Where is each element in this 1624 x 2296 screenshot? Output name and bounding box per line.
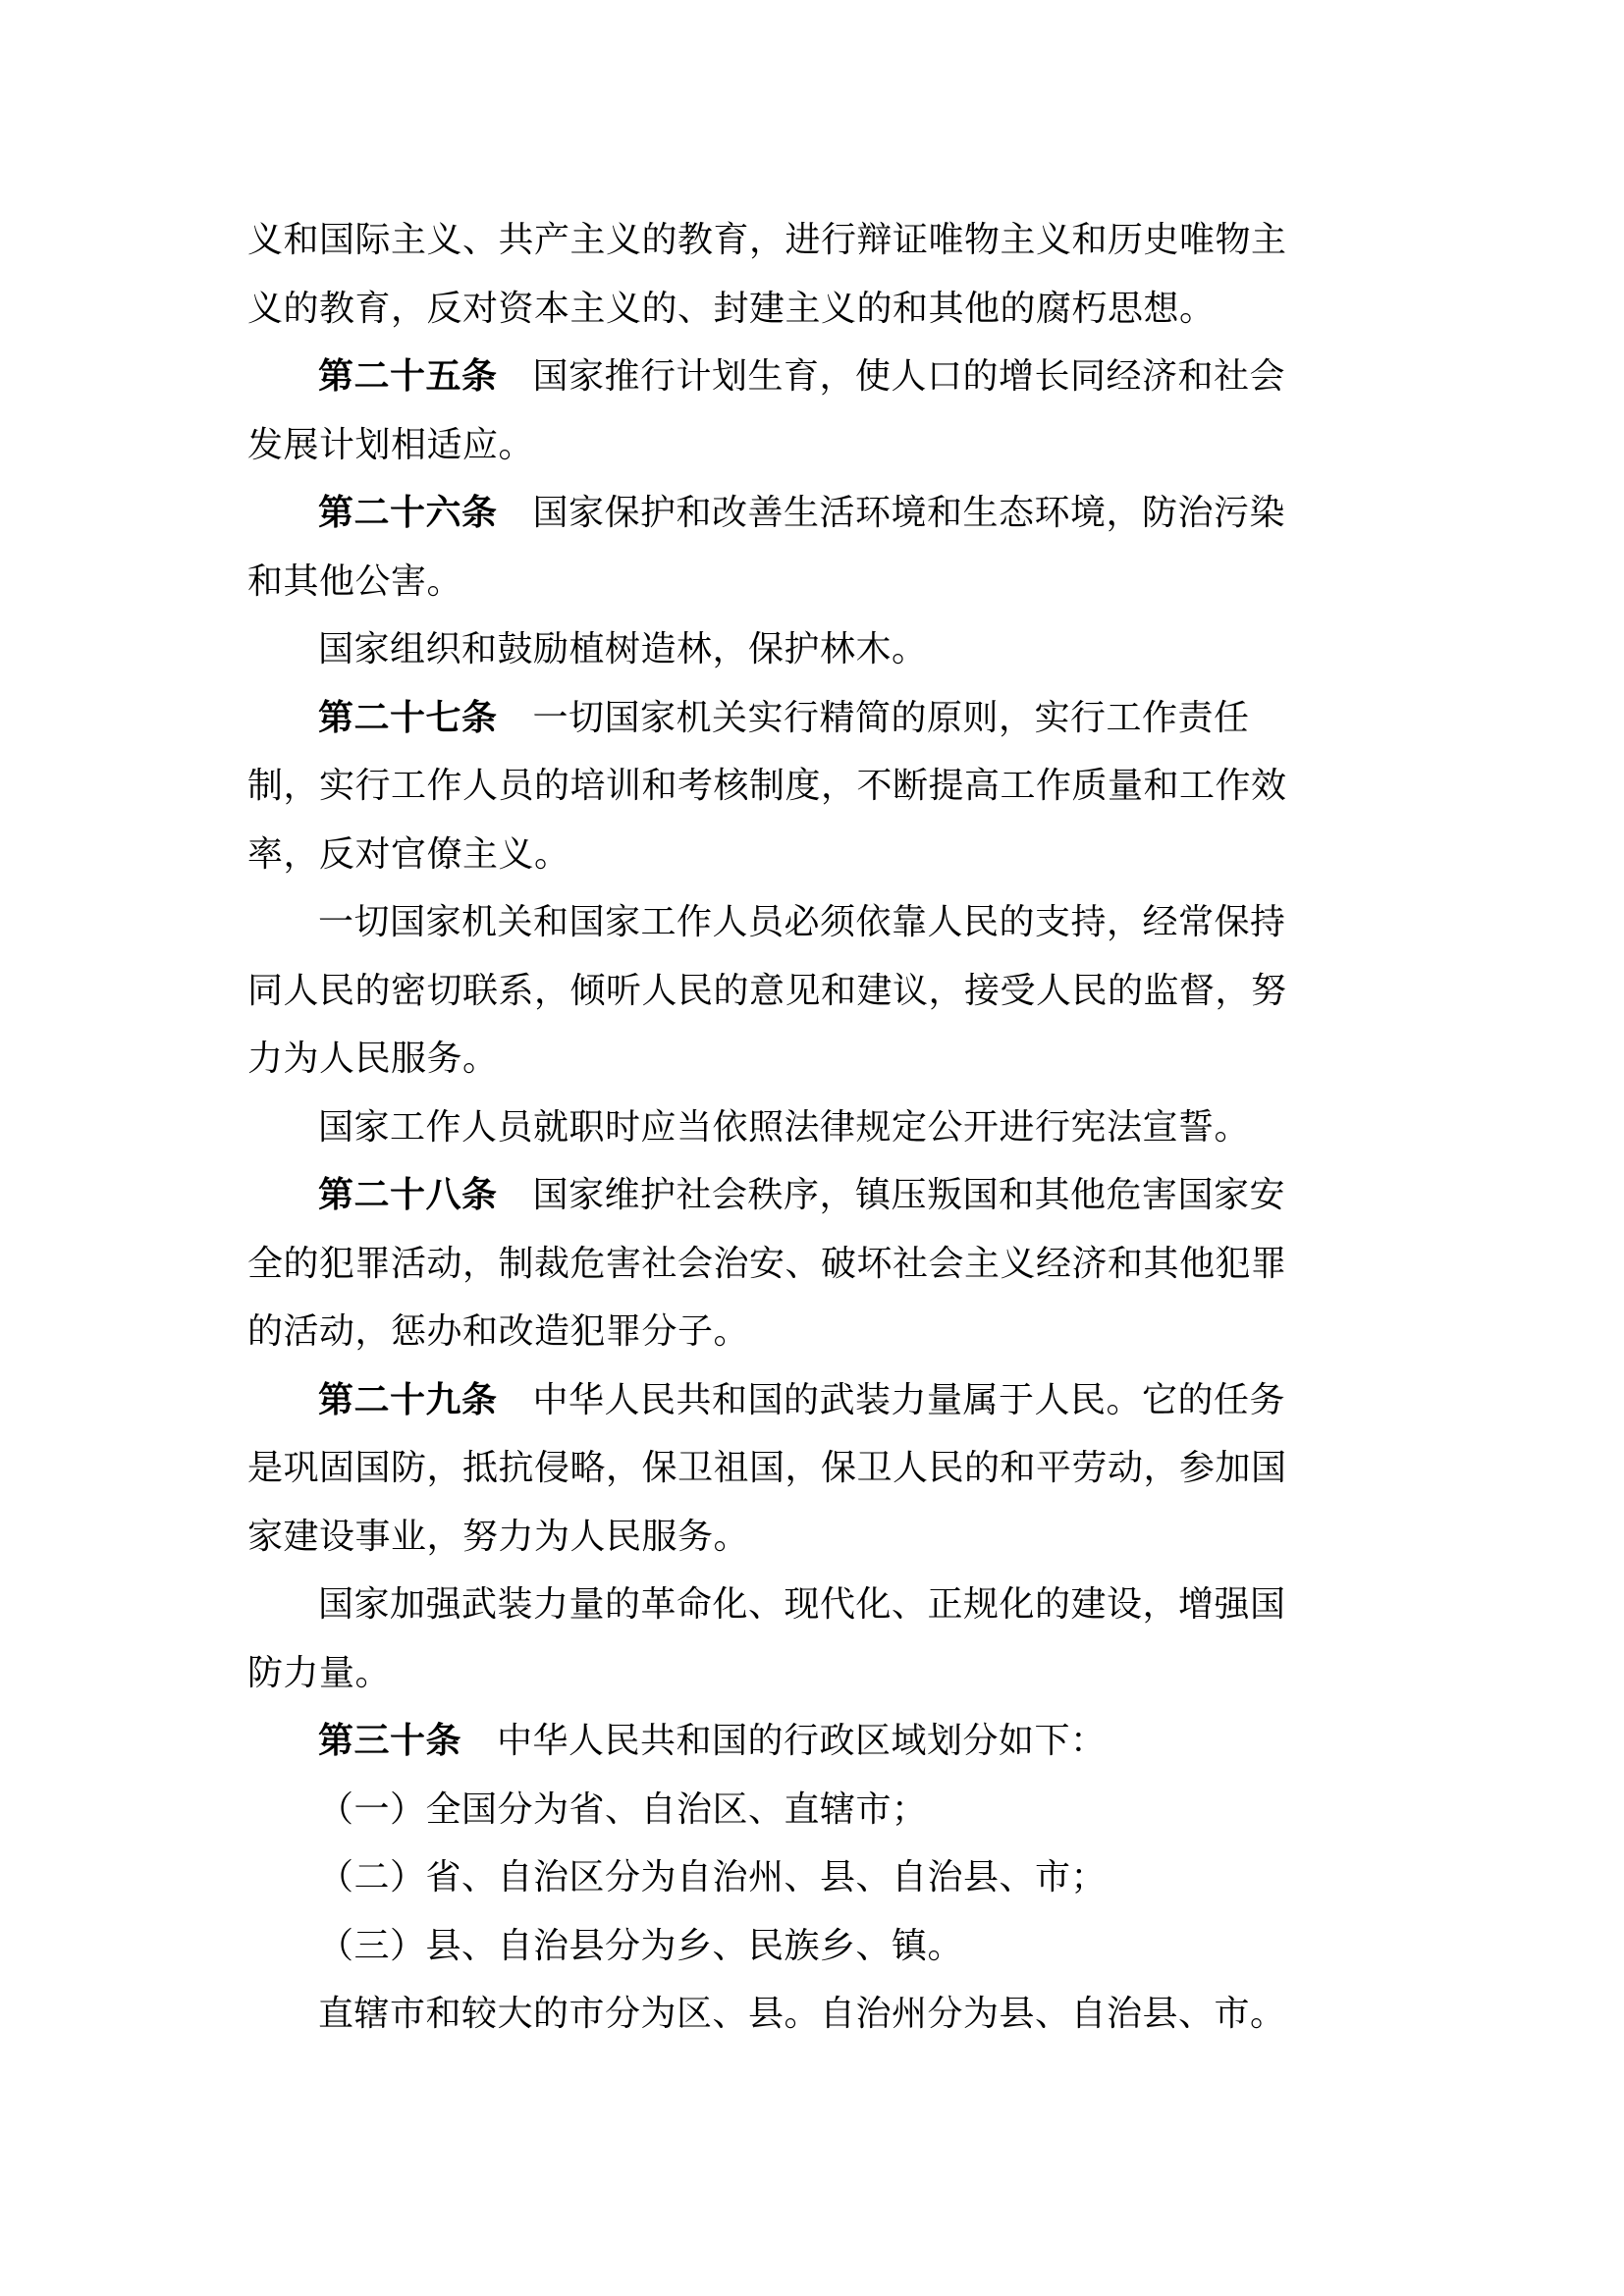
text-line: 力为人民服务。 [247, 1025, 1351, 1094]
line-text: 一切国家机关实行精简的原则，实行工作责任 [533, 698, 1250, 738]
line-text: 制，实行工作人员的培训和考核制度，不断提高工作质量和工作效 [247, 766, 1287, 806]
line-text: 国家保护和改善生活环境和生态环境，防治污染 [533, 493, 1286, 533]
line-text: 的活动，惩办和改造犯罪分子。 [247, 1311, 749, 1352]
line-text: 发展计划相适应。 [247, 425, 534, 465]
text-line: 防力量。 [247, 1639, 1351, 1708]
article-title: 第二十六条 [318, 493, 498, 533]
article-30: 第三十条中华人民共和国的行政区域划分如下： [247, 1707, 1351, 1776]
line-text: 一切国家机关和国家工作人员必须依靠人民的支持，经常保持 [318, 902, 1286, 942]
text-line: 制，实行工作人员的培训和考核制度，不断提高工作质量和工作效 [247, 752, 1351, 821]
text-line: 的活动，惩办和改造犯罪分子。 [247, 1298, 1351, 1366]
article-26: 第二十六条国家保护和改善生活环境和生态环境，防治污染 [247, 479, 1351, 548]
line-text: 国家工作人员就职时应当依照法律规定公开进行宪法宣誓。 [318, 1107, 1250, 1148]
line-text: 国家维护社会秩序，镇压叛国和其他危害国家安 [533, 1175, 1286, 1215]
text-line: 和其他公害。 [247, 548, 1351, 616]
article-title: 第二十五条 [318, 356, 498, 397]
paragraph-line: 直辖市和较大的市分为区、县。自治州分为县、自治县、市。 [247, 1980, 1351, 2049]
article-27: 第二十七条一切国家机关实行精简的原则，实行工作责任 [247, 684, 1351, 753]
line-text: 是巩固国防，抵抗侵略，保卫祖国，保卫人民的和平劳动，参加国 [247, 1448, 1287, 1488]
line-text: 全的犯罪活动，制裁危害社会治安、破坏社会主义经济和其他犯罪 [247, 1244, 1287, 1284]
text-line: 义和国际主义、共产主义的教育，进行辩证唯物主义和历史唯物主 [247, 206, 1351, 275]
line-text: 力为人民服务。 [247, 1039, 499, 1079]
list-item: （一）全国分为省、自治区、直辖市； [247, 1776, 1351, 1844]
line-text: 国家组织和鼓励植树造林，保护林木。 [318, 629, 928, 669]
line-text: 和其他公害。 [247, 561, 462, 602]
text-line: 全的犯罪活动，制裁危害社会治安、破坏社会主义经济和其他犯罪 [247, 1230, 1351, 1299]
line-text: 义和国际主义、共产主义的教育，进行辩证唯物主义和历史唯物主 [247, 220, 1287, 260]
text-line: 率，反对官僚主义。 [247, 821, 1351, 889]
line-text: 家建设事业，努力为人民服务。 [247, 1517, 749, 1557]
text-line: 同人民的密切联系，倾听人民的意见和建议，接受人民的监督，努 [247, 957, 1351, 1026]
list-item: （二）省、自治区分为自治州、县、自治县、市； [247, 1843, 1351, 1912]
paragraph-line: 国家组织和鼓励植树造林，保护林木。 [247, 615, 1351, 684]
line-text: 防力量。 [247, 1653, 391, 1693]
paragraph-line: 国家工作人员就职时应当依照法律规定公开进行宪法宣誓。 [247, 1094, 1351, 1162]
line-text: 义的教育，反对资本主义的、封建主义的和其他的腐朽思想。 [247, 289, 1216, 329]
line-text: （一）全国分为省、自治区、直辖市； [318, 1789, 928, 1830]
line-text: 率，反对官僚主义。 [247, 834, 570, 875]
article-title: 第二十八条 [318, 1175, 498, 1215]
text-line: 发展计划相适应。 [247, 411, 1351, 480]
line-text: 中华人民共和国的武装力量属于人民。它的任务 [533, 1380, 1286, 1420]
article-title: 第二十七条 [318, 698, 498, 738]
text-line: 是巩固国防，抵抗侵略，保卫祖国，保卫人民的和平劳动，参加国 [247, 1434, 1351, 1503]
text-line: 家建设事业，努力为人民服务。 [247, 1503, 1351, 1572]
article-28: 第二十八条国家维护社会秩序，镇压叛国和其他危害国家安 [247, 1161, 1351, 1230]
line-text: （二）省、自治区分为自治州、县、自治县、市； [318, 1857, 1107, 1897]
paragraph-line: 一切国家机关和国家工作人员必须依靠人民的支持，经常保持 [247, 888, 1351, 957]
list-item: （三）县、自治县分为乡、民族乡、镇。 [247, 1912, 1351, 1981]
line-text: 国家加强武装力量的革命化、现代化、正规化的建设，增强国 [318, 1584, 1286, 1625]
line-text: 中华人民共和国的行政区域划分如下： [497, 1721, 1107, 1761]
article-title: 第三十条 [318, 1721, 461, 1761]
line-text: 同人民的密切联系，倾听人民的意见和建议，接受人民的监督，努 [247, 971, 1287, 1011]
paragraph-line: 国家加强武装力量的革命化、现代化、正规化的建设，增强国 [247, 1571, 1351, 1639]
line-text: （三）县、自治县分为乡、民族乡、镇。 [318, 1926, 963, 1966]
article-title: 第二十九条 [318, 1380, 498, 1420]
line-text: 直辖市和较大的市分为区、县。自治州分为县、自治县、市。 [318, 1994, 1286, 2034]
document-page: 义和国际主义、共产主义的教育，进行辩证唯物主义和历史唯物主 义的教育，反对资本主… [247, 206, 1351, 2049]
article-25: 第二十五条国家推行计划生育，使人口的增长同经济和社会 [247, 343, 1351, 411]
article-29: 第二十九条中华人民共和国的武装力量属于人民。它的任务 [247, 1366, 1351, 1435]
line-text: 国家推行计划生育，使人口的增长同经济和社会 [533, 356, 1286, 397]
text-line: 义的教育，反对资本主义的、封建主义的和其他的腐朽思想。 [247, 275, 1351, 344]
